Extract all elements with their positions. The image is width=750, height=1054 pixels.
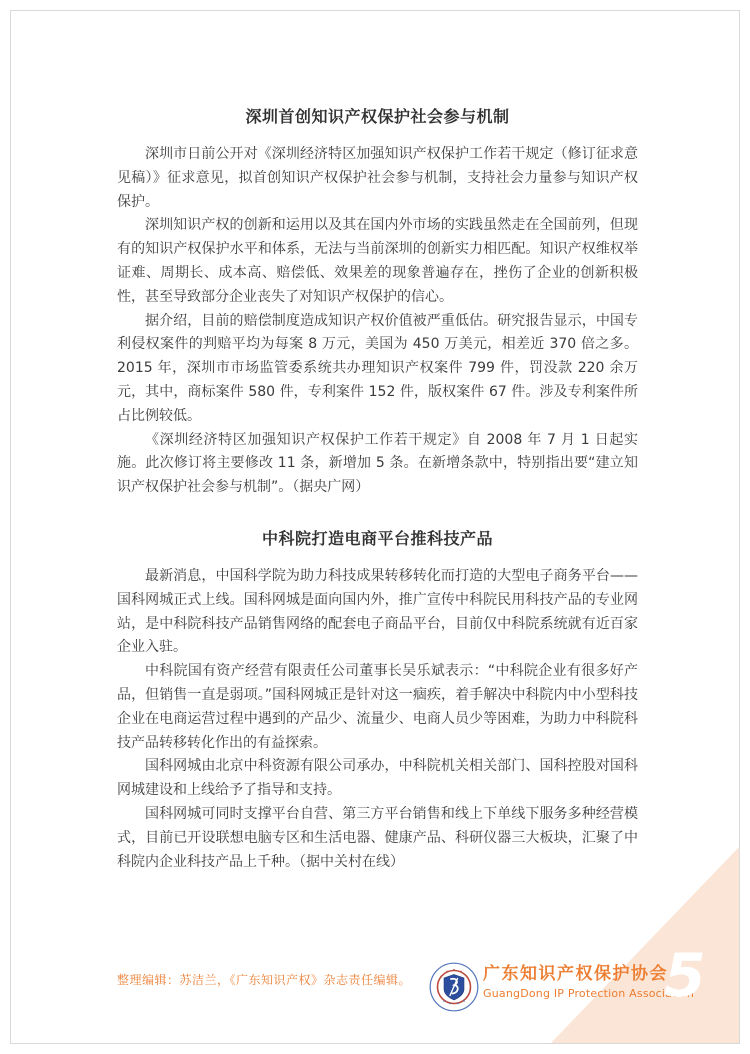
- article-paragraph: 中科院国有资产经营有限责任公司董事长吴乐斌表示：“中科院企业有很多好产品，但销售…: [117, 660, 638, 755]
- editor-credit: 整理编辑：苏洁兰，《广东知识产权》杂志责任编辑。: [117, 971, 411, 988]
- article-paragraph: 最新消息，中国科学院为助力科技成果转移转化而打造的大型电子商务平台——国科网城正…: [117, 565, 638, 660]
- association-name-cn: 广东知识产权保护协会: [483, 963, 683, 985]
- document-page: 深圳首创知识产权保护社会参与机制 深圳市日前公开对《深圳经济特区加强知识产权保护…: [0, 0, 750, 1054]
- article-shenzhen-ip-mechanism: 深圳首创知识产权保护社会参与机制 深圳市日前公开对《深圳经济特区加强知识产权保护…: [117, 106, 638, 500]
- article-paragraph: 国科网城由北京中科资源有限公司承办，中科院机关相关部门、国科控股对国科网城建设和…: [117, 755, 638, 803]
- page-number: 5: [664, 946, 706, 1006]
- article-title: 中科院打造电商平台推科技产品: [117, 528, 638, 550]
- article-title: 深圳首创知识产权保护社会参与机制: [117, 106, 638, 128]
- corner-triangle-decoration: [551, 847, 739, 1043]
- article-cas-ecommerce-platform: 中科院打造电商平台推科技产品 最新消息，中国科学院为助力科技成果转移转化而打造的…: [117, 528, 638, 874]
- article-paragraph: 深圳市日前公开对《深圳经济特区加强知识产权保护工作若干规定（修订征求意见稿）》征…: [117, 143, 638, 214]
- article-paragraph: 国科网城可同时支撑平台自营、第三方平台销售和线上下单线下服务多种经营模式，目前已…: [117, 803, 638, 874]
- association-name-block: 广东知识产权保护协会 GuangDong IP Protection Assoc…: [483, 963, 683, 1000]
- article-paragraph: 《深圳经济特区加强知识产权保护工作若干规定》自 2008 年 7 月 1 日起实…: [117, 429, 638, 500]
- article-paragraph: 深圳知识产权的创新和运用以及其在国内外市场的实践虽然走在全国前列，但现有的知识产…: [117, 214, 638, 309]
- association-seal-icon: [429, 962, 479, 1012]
- association-name-en: GuangDong IP Protection Association: [483, 987, 683, 1000]
- article-paragraph: 据介绍，目前的赔偿制度造成知识产权价值被严重低估。研究报告显示，中国专利侵权案件…: [117, 310, 638, 429]
